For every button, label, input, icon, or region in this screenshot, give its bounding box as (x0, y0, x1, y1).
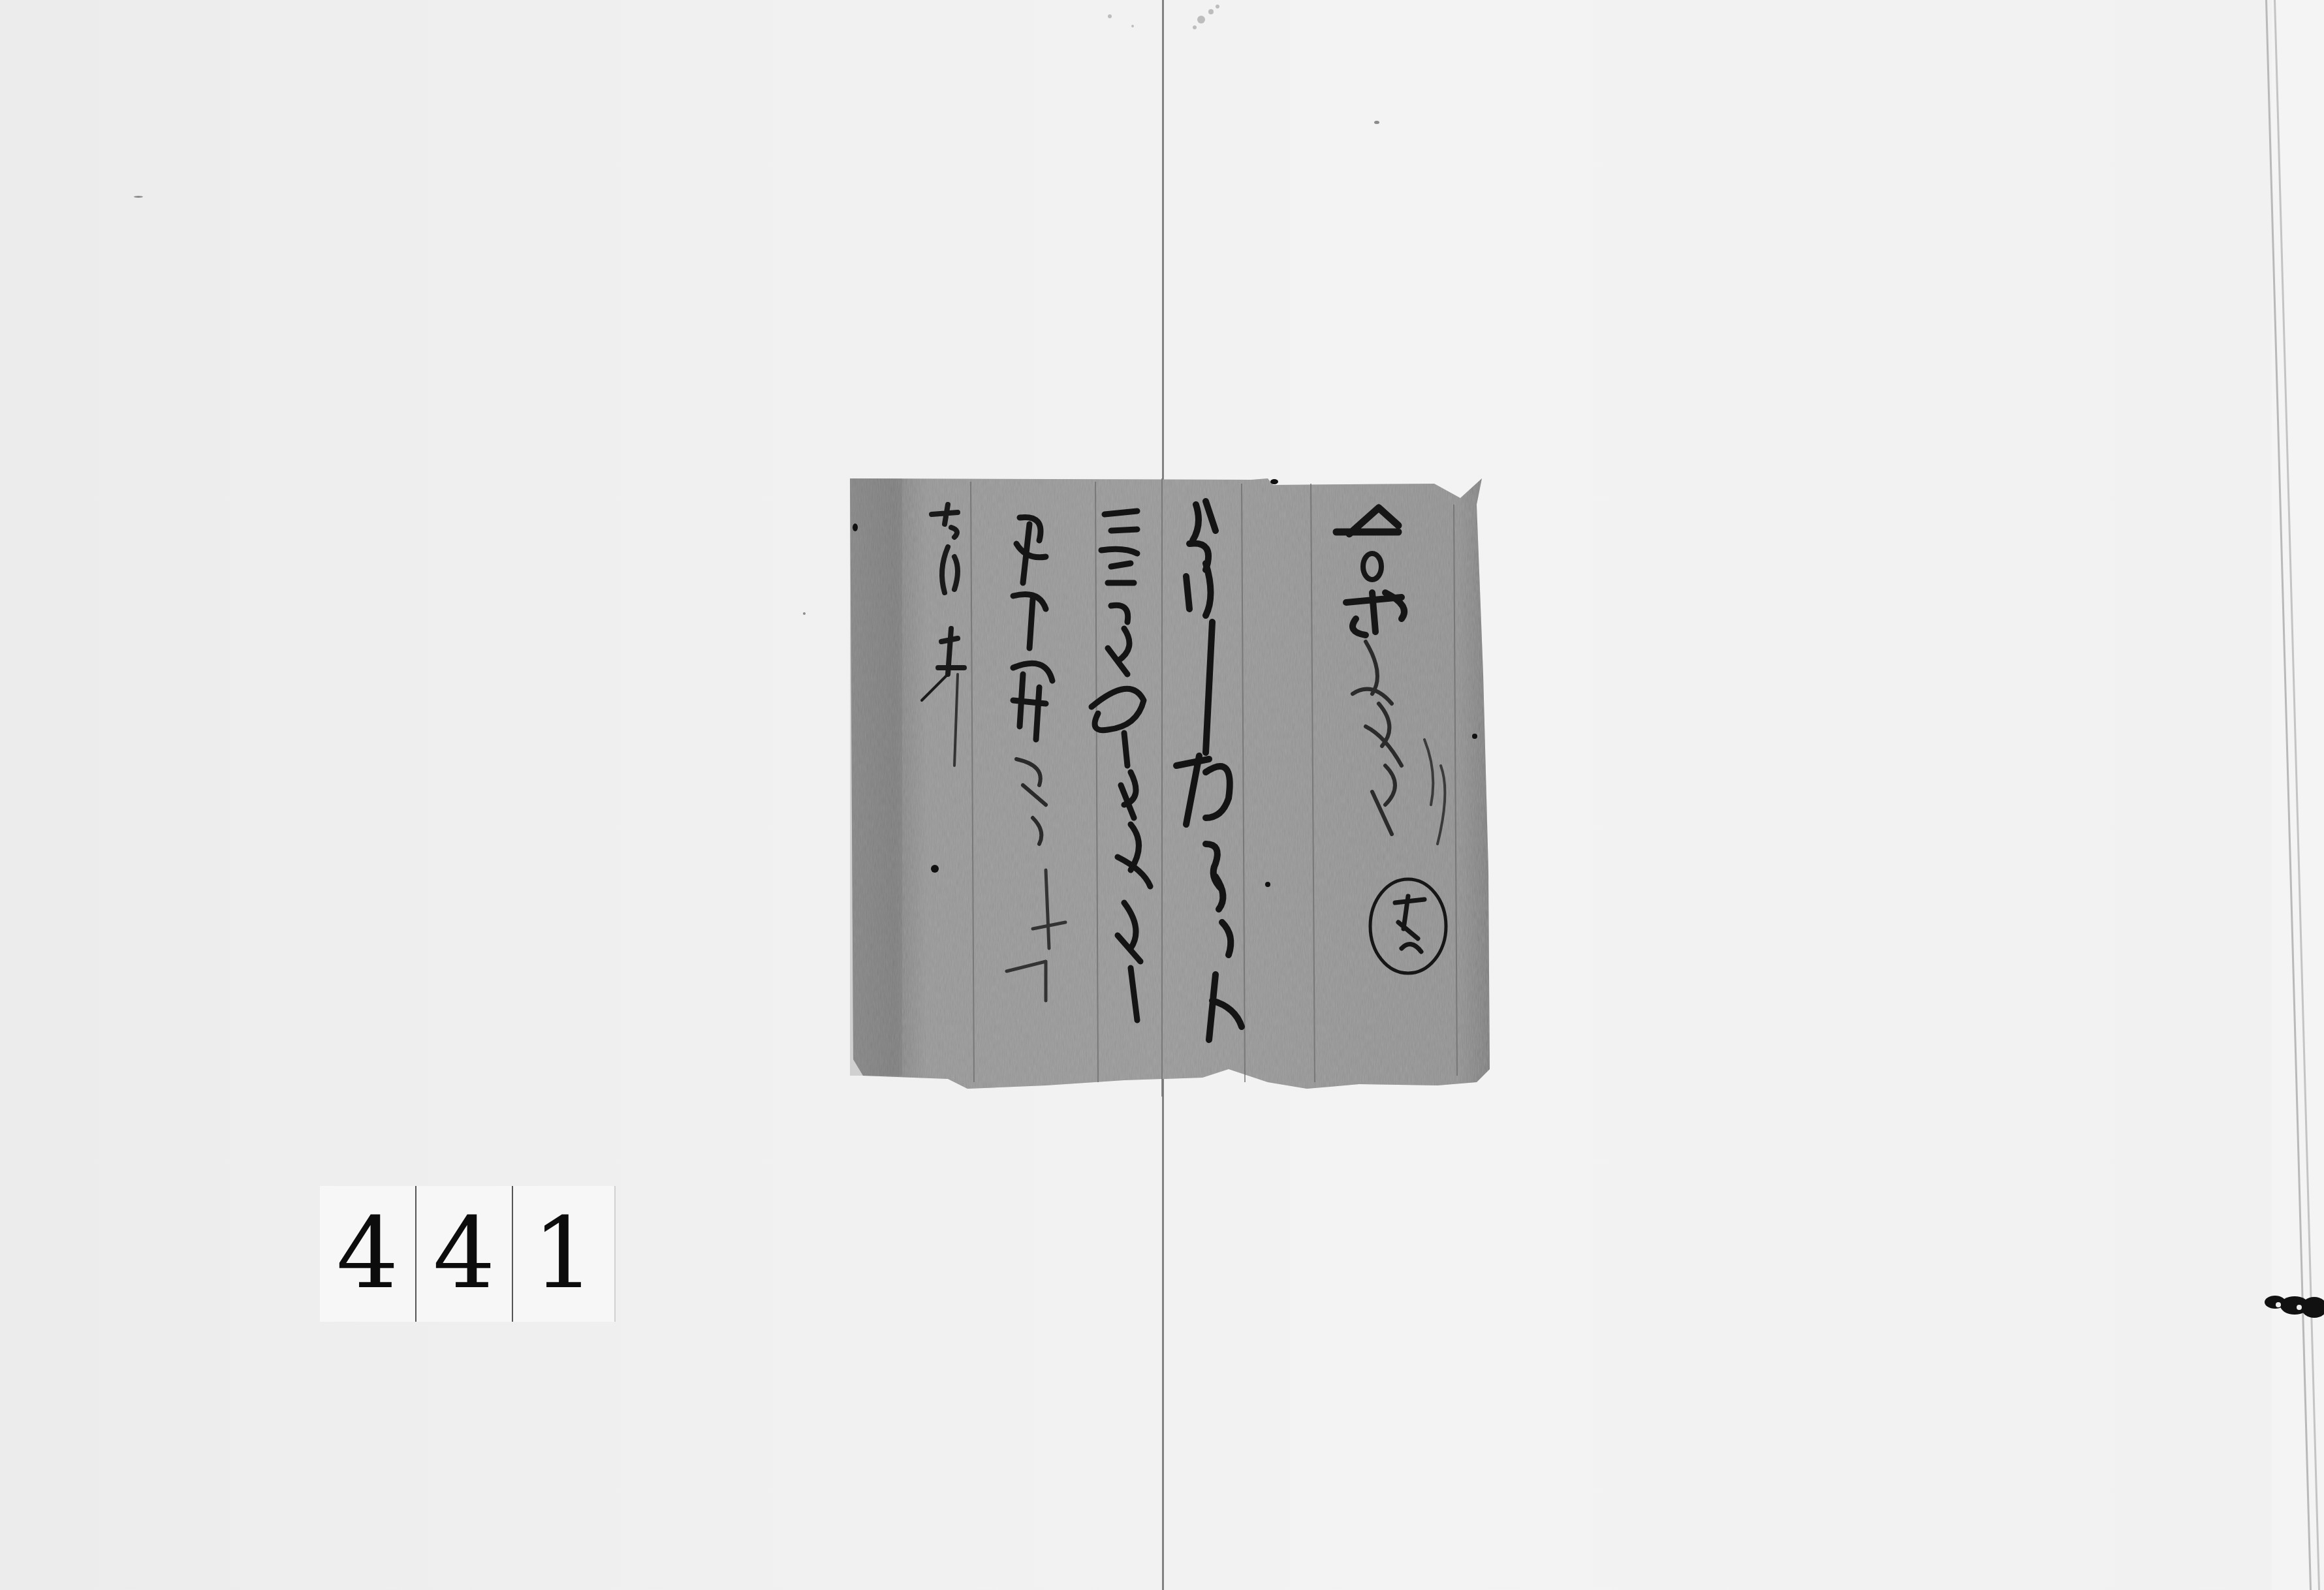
dust-speck (1374, 121, 1379, 124)
edge-ink-blot (2259, 1283, 2324, 1322)
document-sheet (850, 478, 1490, 1097)
manuscript-document (850, 478, 1490, 1097)
top-smudge-mark (1071, 0, 1240, 46)
catalog-digit-3: 1 (513, 1186, 614, 1322)
catalog-digit-2: 4 (416, 1186, 513, 1322)
dust-speck (134, 196, 143, 198)
catalog-digit-1: 4 (320, 1186, 416, 1322)
catalog-number-tag: 4 4 1 (320, 1186, 614, 1323)
dust-speck (803, 612, 806, 615)
